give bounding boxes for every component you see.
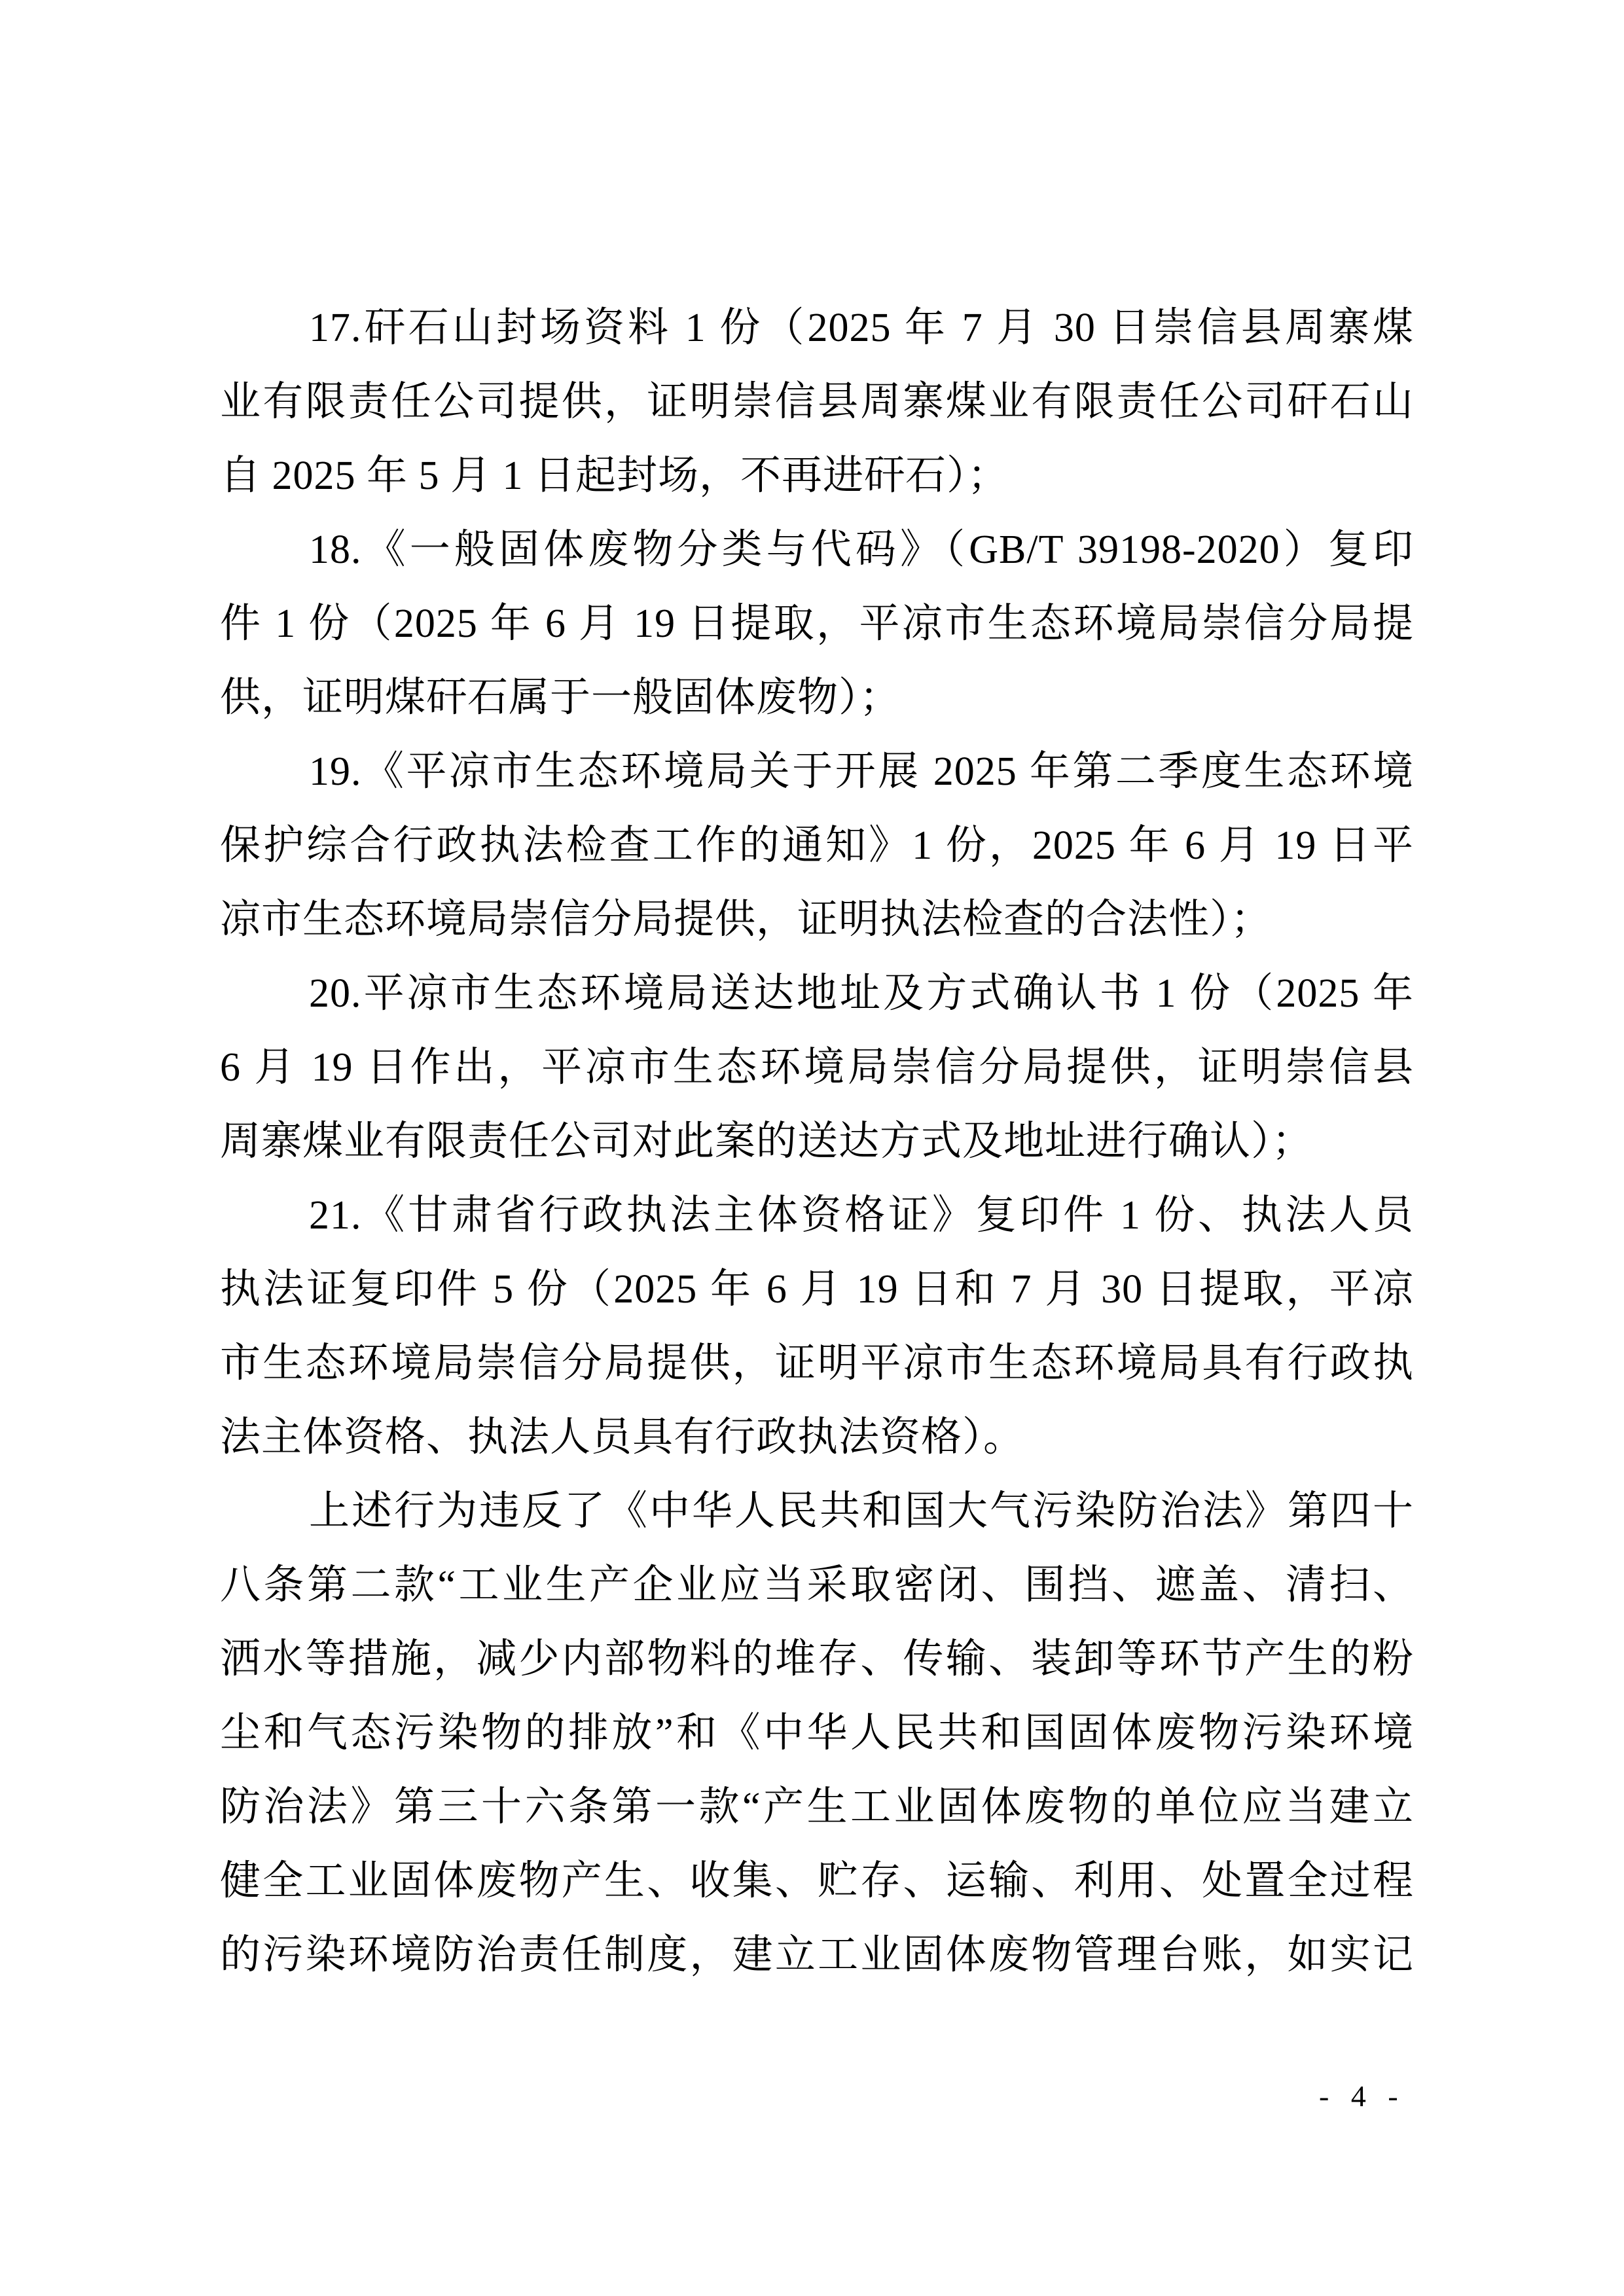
text-line: 市生态环境局崇信分局提供，证明平凉市生态环境局具有行政执 (220, 1327, 1414, 1401)
text-line: 上述行为违反了《中华人民共和国大气污染防治法》第四十 (220, 1475, 1414, 1549)
text-line: 执法证复印件 5 份（2025 年 6 月 19 日和 7 月 30 日提取，平… (220, 1253, 1414, 1327)
document-page: 17.矸石山封场资料 1 份（2025 年 7 月 30 日崇信县周寨煤 业有限… (0, 0, 1624, 2296)
text-line: 尘和气态污染物的排放”和《中华人民共和国固体废物污染环境 (220, 1696, 1414, 1770)
text-line: 20.平凉市生态环境局送达地址及方式确认书 1 份（2025 年 (220, 957, 1414, 1031)
text-line: 八条第二款“工业生产企业应当采取密闭、围挡、遮盖、清扫、 (220, 1549, 1414, 1623)
text-line: 保护综合行政执法检查工作的通知》1 份，2025 年 6 月 19 日平 (220, 809, 1414, 883)
page-number: - 4 - (1319, 2081, 1398, 2111)
document-body: 17.矸石山封场资料 1 份（2025 年 7 月 30 日崇信县周寨煤 业有限… (220, 291, 1414, 1992)
text-line: 17.矸石山封场资料 1 份（2025 年 7 月 30 日崇信县周寨煤 (220, 291, 1414, 365)
text-line: 业有限责任公司提供，证明崇信县周寨煤业有限责任公司矸石山 (220, 365, 1414, 439)
text-line: 洒水等措施，减少内部物料的堆存、传输、装卸等环节产生的粉 (220, 1623, 1414, 1696)
text-line: 健全工业固体废物产生、收集、贮存、运输、利用、处置全过程 (220, 1844, 1414, 1918)
text-line: 凉市生态环境局崇信分局提供，证明执法检查的合法性）； (220, 883, 1414, 957)
text-line: 供，证明煤矸石属于一般固体废物）； (220, 661, 1414, 735)
text-line: 18.《一般固体废物分类与代码》（GB/T 39198-2020）复印 (220, 513, 1414, 587)
text-line: 的污染环境防治责任制度，建立工业固体废物管理台账，如实记 (220, 1918, 1414, 1992)
text-line: 防治法》第三十六条第一款“产生工业固体废物的单位应当建立 (220, 1770, 1414, 1844)
text-line: 自 2025 年 5 月 1 日起封场，不再进矸石）； (220, 439, 1414, 513)
text-line: 周寨煤业有限责任公司对此案的送达方式及地址进行确认）； (220, 1105, 1414, 1179)
text-line: 件 1 份（2025 年 6 月 19 日提取，平凉市生态环境局崇信分局提 (220, 587, 1414, 661)
text-line: 法主体资格、执法人员具有行政执法资格）。 (220, 1401, 1414, 1475)
text-line: 6 月 19 日作出，平凉市生态环境局崇信分局提供，证明崇信县 (220, 1031, 1414, 1105)
text-line: 19.《平凉市生态环境局关于开展 2025 年第二季度生态环境 (220, 735, 1414, 809)
text-line: 21.《甘肃省行政执法主体资格证》复印件 1 份、执法人员 (220, 1179, 1414, 1253)
